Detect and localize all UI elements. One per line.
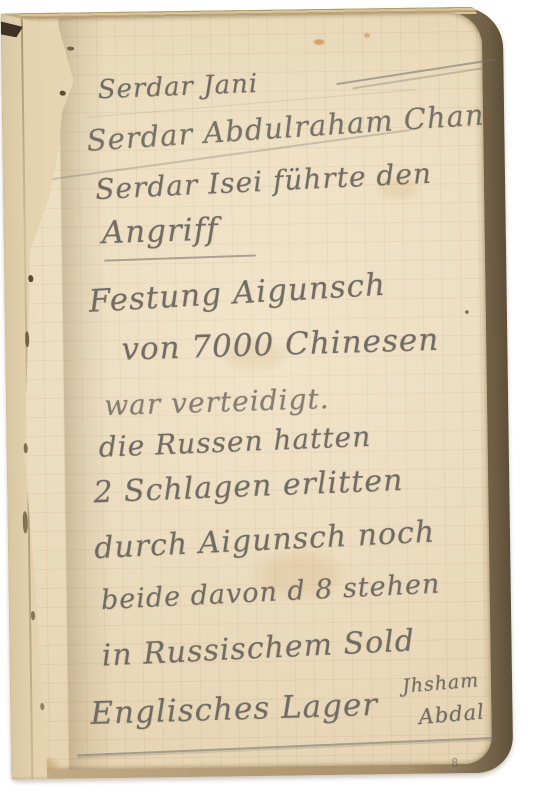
diagonal-pencil-mark: [336, 58, 496, 85]
handwritten-line: beide davon d 8 stehen: [100, 569, 441, 617]
handwritten-line: 2 Schlagen erlitten: [93, 463, 404, 510]
torn-edge-speck: [24, 443, 28, 453]
underline-mark: [77, 737, 497, 757]
notebook-page-photo: Serdar Jani Serdar Abdulraham Chan Serda…: [1, 7, 514, 780]
handwritten-heading-angriff: Angriff: [101, 212, 219, 252]
handwritten-margin-word: Abdal: [418, 700, 486, 729]
page-number: 8: [451, 756, 460, 769]
underline-mark: [104, 254, 256, 261]
torn-edge-speck: [28, 275, 33, 282]
torn-edge-speck: [40, 703, 44, 710]
torn-edge-speck: [67, 47, 74, 51]
torn-edge-speck: [60, 91, 66, 96]
handwritten-line: in Russischem Sold: [101, 623, 416, 673]
handwritten-line: die Russen hatten: [98, 420, 372, 464]
handwritten-line: war verteidigt.: [104, 382, 330, 422]
handwritten-line: von 7000 Chinesen: [121, 322, 440, 368]
handwritten-line: durch Aigunsch noch: [93, 515, 436, 567]
handwritten-line: Serdar Isei führte den: [94, 157, 432, 206]
torn-edge-speck: [25, 331, 29, 347]
handwritten-line-struck: Serdar Abdulraham Chan: [86, 97, 486, 157]
handwritten-line: Serdar Jani: [97, 69, 259, 105]
handwritten-line: Englisches Lager: [90, 687, 379, 732]
notebook-sheet: Serdar Jani Serdar Abdulraham Chan Serda…: [1, 12, 492, 771]
handwritten-line: Festung Aigunsch: [88, 267, 387, 320]
torn-edge-speck: [31, 611, 35, 620]
handwritten-margin-word: Jhsham: [401, 669, 480, 697]
